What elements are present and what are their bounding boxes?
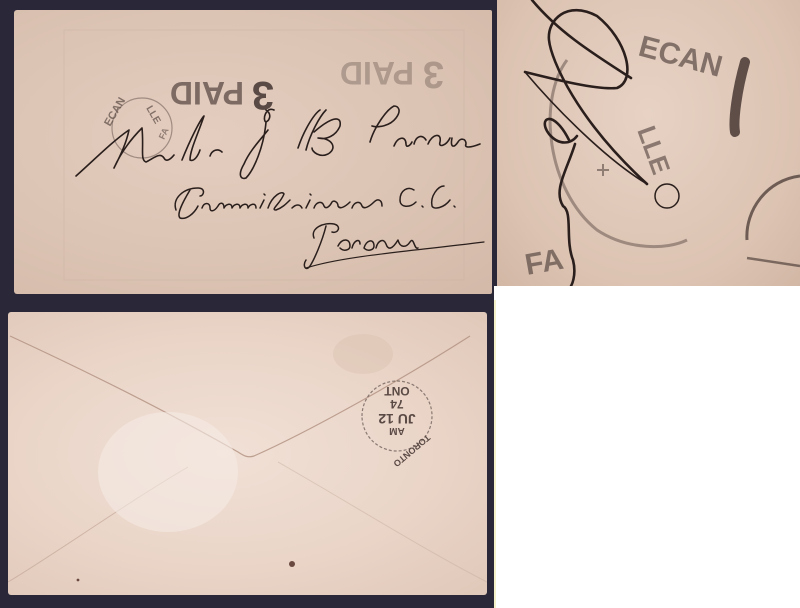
svg-text:PAID: PAID [170,75,244,111]
svg-text:LLE: LLE [631,122,676,178]
svg-text:FA: FA [522,243,565,282]
svg-text:PAID: PAID [340,55,414,91]
svg-text:3: 3 [252,73,274,117]
ecanville-postmark: ECAN LLE FA [102,95,172,158]
front-cover-frame: Hon'ble J B Pardee Commissioner C.L. Tor… [0,0,497,300]
postmark-detail-drawing: ECAN LLE FA [497,0,800,286]
envelope-back: AM JU 12 74 ONT TORONTO [8,312,487,595]
front-ink-drawing: PAID 3 PAID 3 ECAN LLE FA [14,10,492,294]
handwritten-toronto [304,224,484,269]
back-envelope-drawing: AM JU 12 74 ONT TORONTO [8,312,487,595]
svg-text:LLE: LLE [143,104,162,126]
svg-text:ECAN: ECAN [102,95,128,128]
svg-text:ONT: ONT [384,384,410,398]
svg-text:3: 3 [423,53,444,95]
handwritten-address [76,106,480,178]
envelope-front: Hon'ble J B Pardee Commissioner C.L. Tor… [14,10,492,294]
handwritten-commissioner [175,186,455,218]
paid-handstamp-faint: PAID 3 [340,53,444,95]
svg-text:JU 12: JU 12 [378,411,416,427]
svg-text:FA: FA [157,126,171,141]
svg-text:74: 74 [390,397,404,411]
blank-area [494,286,800,608]
paid-handstamp: PAID 3 [170,73,274,117]
back-cover-frame: AM JU 12 74 ONT TORONTO [0,300,494,608]
postmark-detail-view: ECAN LLE FA [497,0,800,286]
scan-edge [494,300,496,608]
svg-text:ECAN: ECAN [635,30,726,84]
svg-text:TORONTO: TORONTO [391,432,432,468]
